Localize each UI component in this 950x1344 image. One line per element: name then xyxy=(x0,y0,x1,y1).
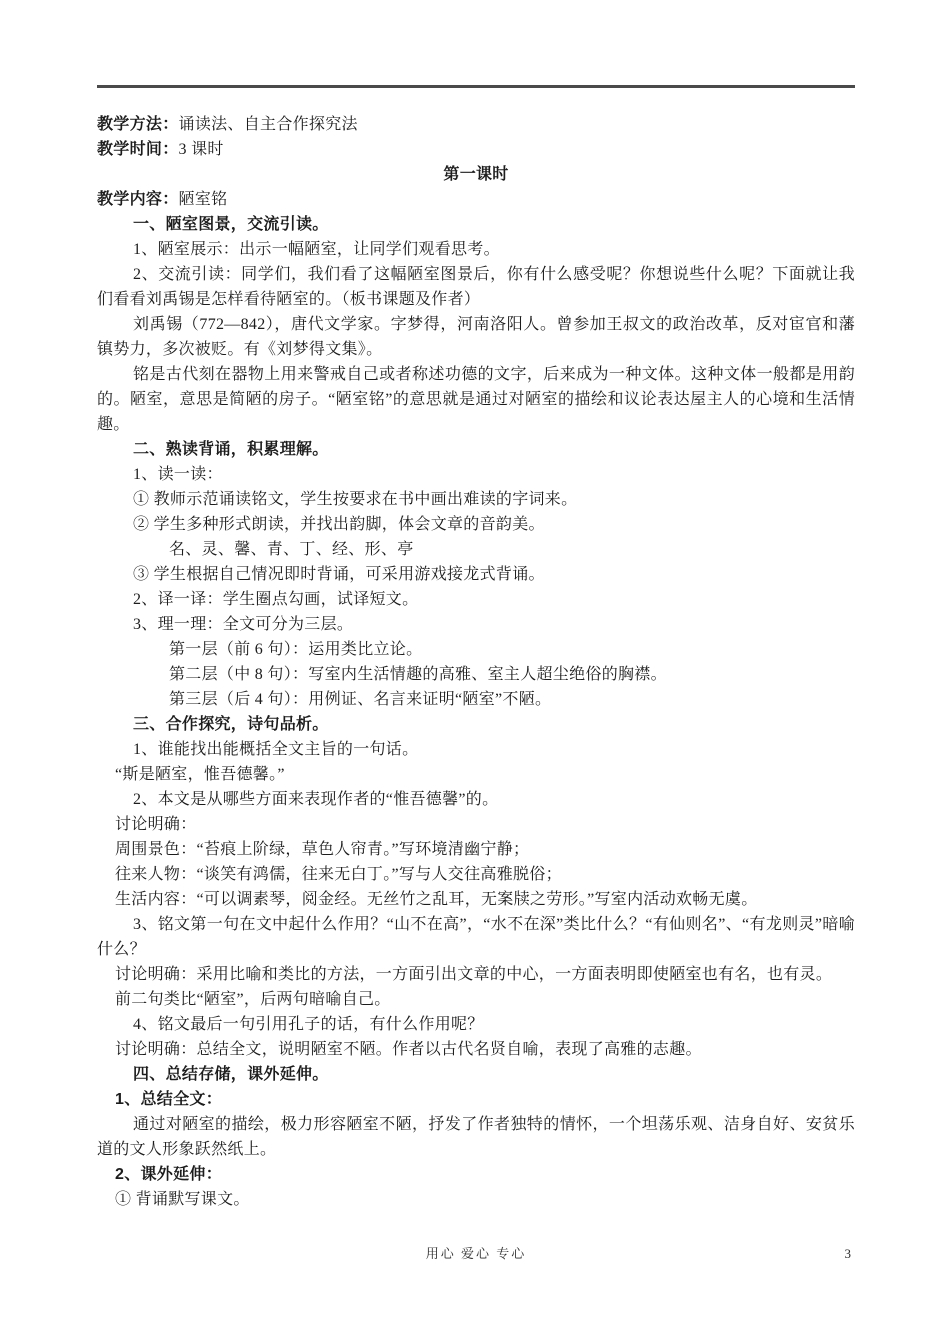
paragraph-heading: 教学时间： xyxy=(97,141,179,158)
paragraph-heading: 二、熟读背诵，积累理解。 xyxy=(133,441,329,458)
paragraph-heading: 三、合作探究，诗句品析。 xyxy=(133,716,329,733)
paragraph: 四、总结存储，课外延伸。 xyxy=(97,1062,855,1087)
paragraph: 1、谁能找出能概括全文主旨的一句话。 xyxy=(97,737,855,762)
paragraph: 1、总结全文： xyxy=(97,1087,855,1112)
paragraph: 教学内容：陋室铭 xyxy=(97,187,855,212)
paragraph: 铭是古代刻在器物上用来警戒自己或者称述功德的文字，后来成为一种文体。这种文体一般… xyxy=(97,362,855,437)
paragraph: 4、铭文最后一句引用孔子的话，有什么作用呢？ xyxy=(97,1012,855,1037)
paragraph: ① 背诵默写课文。 xyxy=(97,1187,855,1212)
paragraph: 通过对陋室的描绘，极力形容陋室不陋，抒发了作者独特的情怀，一个坦荡乐观、洁身自好… xyxy=(97,1112,855,1162)
paragraph: 教学方法：诵读法、自主合作探究法 xyxy=(97,112,855,137)
paragraph: 讨论明确：采用比喻和类比的方法，一方面引出文章的中心，一方面表明即使陋室也有名，… xyxy=(97,962,855,987)
paragraph: ③ 学生根据自己情况即时背诵，可采用游戏接龙式背诵。 xyxy=(97,562,855,587)
paragraph: 往来人物：“谈笑有鸿儒，往来无白丁。”写与人交往高雅脱俗； xyxy=(97,862,855,887)
paragraph: 3、铭文第一句在文中起什么作用？“山不在高”，“水不在深”类比什么？“有仙则名”… xyxy=(97,912,855,962)
paragraph: 2、本文是从哪些方面来表现作者的“惟吾德馨”的。 xyxy=(97,787,855,812)
paragraph-heading: 一、陋室图景，交流引读。 xyxy=(133,216,329,233)
paragraph: 生活内容：“可以调素琴，阅金经。无丝竹之乱耳，无案牍之劳形。”写室内活动欢畅无虞… xyxy=(97,887,855,912)
paragraph: 2、交流引读：同学们，我们看了这幅陋室图景后，你有什么感受呢？你想说些什么呢？下… xyxy=(97,262,855,312)
paragraph-heading: 第一课时 xyxy=(443,166,508,183)
paragraph: 2、译一译：学生圈点勾画，试译短文。 xyxy=(97,587,855,612)
paragraph: ① 教师示范诵读铭文，学生按要求在书中画出难读的字词来。 xyxy=(97,487,855,512)
paragraph: 三、合作探究，诗句品析。 xyxy=(97,712,855,737)
document-page: 教学方法：诵读法、自主合作探究法教学时间：3 课时第一课时教学内容：陋室铭一、陋… xyxy=(0,0,950,1344)
paragraph: “斯是陋室，惟吾德馨。” xyxy=(97,762,855,787)
paragraph: 名、灵、馨、青、丁、经、形、亭 xyxy=(97,537,855,562)
paragraph-heading: 教学内容： xyxy=(97,191,179,208)
paragraph: 周围景色：“苔痕上阶绿，草色人帘青。”写环境清幽宁静； xyxy=(97,837,855,862)
paragraph: 刘禹锡（772—842），唐代文学家。字梦得，河南洛阳人。曾参加王叔文的政治改革… xyxy=(97,312,855,362)
document-body: 教学方法：诵读法、自主合作探究法教学时间：3 课时第一课时教学内容：陋室铭一、陋… xyxy=(97,112,855,1212)
paragraph: 1、读一读： xyxy=(97,462,855,487)
paragraph: 第一课时 xyxy=(97,162,855,187)
paragraph: 第三层（后 4 句）：用例证、名言来证明“陋室”不陋。 xyxy=(97,687,855,712)
footer-motto: 用心 爱心 专心 xyxy=(97,1246,855,1262)
paragraph-heading: 教学方法： xyxy=(97,116,179,133)
paragraph: 讨论明确：总结全文，说明陋室不陋。作者以古代名贤自喻，表现了高雅的志趣。 xyxy=(97,1037,855,1062)
paragraph: 二、熟读背诵，积累理解。 xyxy=(97,437,855,462)
paragraph: 教学时间：3 课时 xyxy=(97,137,855,162)
page-number: 3 xyxy=(845,1246,852,1262)
page-footer: 用心 爱心 专心 3 xyxy=(97,1246,855,1262)
paragraph: 第二层（中 8 句）：写室内生活情趣的高雅、室主人超尘绝俗的胸襟。 xyxy=(97,662,855,687)
paragraph: 1、陋室展示：出示一幅陋室，让同学们观看思考。 xyxy=(97,237,855,262)
paragraph: 一、陋室图景，交流引读。 xyxy=(97,212,855,237)
paragraph-heading: 四、总结存储，课外延伸。 xyxy=(133,1066,329,1083)
paragraph: 第一层（前 6 句）：运用类比立论。 xyxy=(97,637,855,662)
paragraph: 2、课外延伸： xyxy=(97,1162,855,1187)
paragraph: 前二句类比“陋室”，后两句暗喻自己。 xyxy=(97,987,855,1012)
paragraph-heading: 2、课外延伸： xyxy=(115,1166,222,1183)
paragraph: 讨论明确： xyxy=(97,812,855,837)
paragraph: ② 学生多种形式朗读，并找出韵脚，体会文章的音韵美。 xyxy=(97,512,855,537)
paragraph-heading: 1、总结全文： xyxy=(115,1091,222,1108)
paragraph: 3、理一理：全文可分为三层。 xyxy=(97,612,855,637)
header-divider-line xyxy=(97,85,855,88)
